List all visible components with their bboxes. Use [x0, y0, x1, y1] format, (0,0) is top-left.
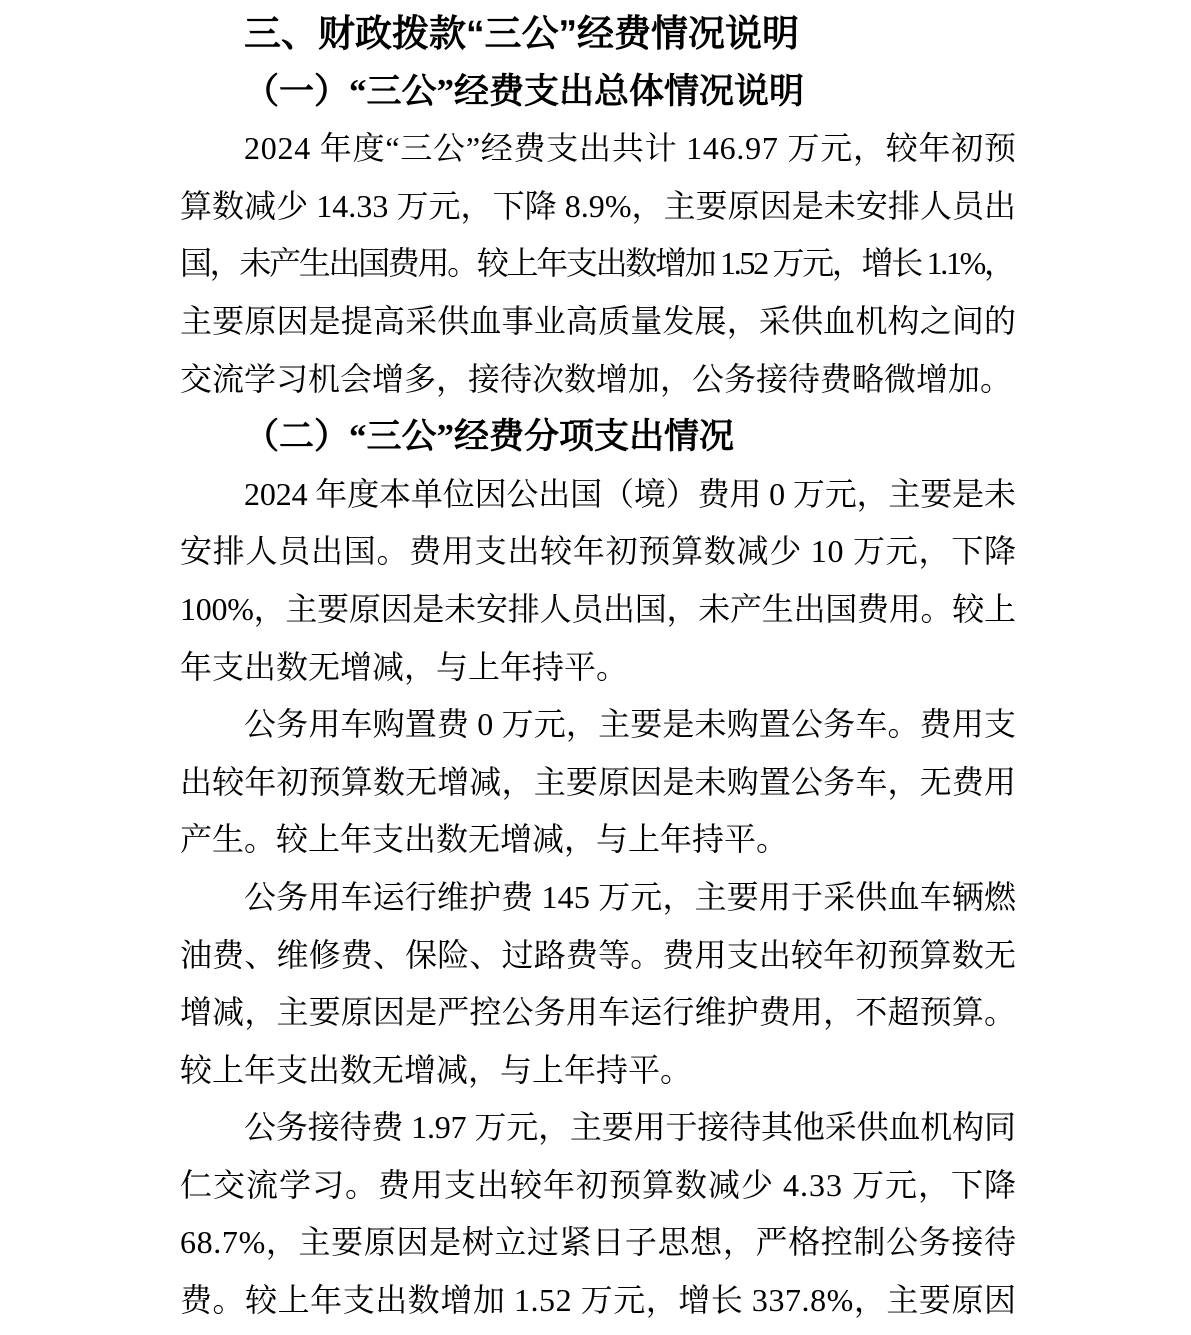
line-text: 增减，主要原因是严控公务用车运行维护费用，不超预算。	[180, 984, 1016, 1042]
line-text: 产生。较上年支出数无增减，与上年持平。	[180, 811, 788, 869]
paragraph-line: 算数减少 14.33 万元，下降 8.9%，主要原因是未安排人员出	[180, 178, 1016, 236]
section-heading-secondary: （二）“三公”经费分项支出情况	[180, 408, 1016, 466]
paragraph-line: 2024 年度“三公”经费支出共计 146.97 万元，较年初预	[180, 120, 1016, 178]
paragraph-line: 国，未产生出国费用。较上年支出数增加 1.52 万元，增长 1.1%，	[180, 235, 1016, 293]
paragraph-line: 主要原因是提高采供血事业高质量发展，采供血机构之间的	[180, 293, 1016, 351]
line-text: 油费、维修费、保险、过路费等。费用支出较年初预算数无	[180, 927, 1016, 985]
heading-text: 三、财政拨款“三公”经费情况说明	[244, 5, 799, 63]
section-heading-secondary: （一）“三公”经费支出总体情况说明	[180, 63, 1016, 121]
line-text: 出较年初预算数无增减，主要原因是未购置公务车，无费用	[180, 754, 1016, 812]
line-text: 主要原因是提高采供血事业高质量发展，采供血机构之间的	[180, 293, 1016, 351]
paragraph-line: 公务用车运行维护费 145 万元，主要用于采供血车辆燃	[180, 869, 1016, 927]
line-text: 公务接待费 1.97 万元，主要用于接待其他采供血机构同	[244, 1099, 1016, 1157]
section-heading-primary: 三、财政拨款“三公”经费情况说明	[180, 5, 1016, 63]
paragraph-line: 较上年支出数无增减，与上年持平。	[180, 1042, 1016, 1100]
line-text: 费。较上年支出数增加 1.52 万元，增长 337.8%，主要原因	[180, 1272, 1017, 1330]
paragraph-line: 产生。较上年支出数无增减，与上年持平。	[180, 811, 1016, 869]
line-text: 2024 年度“三公”经费支出共计 146.97 万元，较年初预	[244, 120, 1017, 178]
paragraph-line: 100%，主要原因是未安排人员出国，未产生出国费用。较上	[180, 581, 1016, 639]
paragraph-line: 油费、维修费、保险、过路费等。费用支出较年初预算数无	[180, 927, 1016, 985]
paragraph-line: 仁交流学习。费用支出较年初预算数减少 4.33 万元，下降	[180, 1157, 1016, 1215]
heading-text: （一）“三公”经费支出总体情况说明	[244, 63, 804, 121]
paragraph-line: 公务接待费 1.97 万元，主要用于接待其他采供血机构同	[180, 1099, 1016, 1157]
paragraph-line: 增减，主要原因是严控公务用车运行维护费用，不超预算。	[180, 984, 1016, 1042]
paragraph-line: 68.7%，主要原因是树立过紧日子思想，严格控制公务接待	[180, 1214, 1016, 1272]
paragraph-line: 交流学习机会增多，接待次数增加，公务接待费略微增加。	[180, 351, 1016, 409]
paragraph-line: 年支出数无增减，与上年持平。	[180, 639, 1016, 697]
line-text: 年支出数无增减，与上年持平。	[180, 639, 628, 697]
document-page: 三、财政拨款“三公”经费情况说明（一）“三公”经费支出总体情况说明2024 年度…	[0, 0, 1191, 1335]
line-text: 100%，主要原因是未安排人员出国，未产生出国费用。较上	[180, 581, 1016, 639]
line-text: 算数减少 14.33 万元，下降 8.9%，主要原因是未安排人员出	[180, 178, 1016, 236]
line-text: 安排人员出国。费用支出较年初预算数减少 10 万元，下降	[180, 523, 1017, 581]
heading-text: （二）“三公”经费分项支出情况	[244, 408, 734, 466]
paragraph-line: 费。较上年支出数增加 1.52 万元，增长 337.8%，主要原因	[180, 1272, 1016, 1330]
line-text: 公务用车购置费 0 万元，主要是未购置公务车。费用支	[244, 696, 1016, 754]
line-text: 2024 年度本单位因公出国（境）费用 0 万元，主要是未	[244, 466, 1016, 524]
paragraph-line: 安排人员出国。费用支出较年初预算数减少 10 万元，下降	[180, 523, 1016, 581]
line-text: 仁交流学习。费用支出较年初预算数减少 4.33 万元，下降	[180, 1157, 1017, 1215]
line-text: 较上年支出数无增减，与上年持平。	[180, 1042, 692, 1100]
paragraph-line: 公务用车购置费 0 万元，主要是未购置公务车。费用支	[180, 696, 1016, 754]
document-text-block: 三、财政拨款“三公”经费情况说明（一）“三公”经费支出总体情况说明2024 年度…	[180, 5, 1016, 1330]
line-text: 68.7%，主要原因是树立过紧日子思想，严格控制公务接待	[180, 1214, 1017, 1272]
line-text: 国，未产生出国费用。较上年支出数增加 1.52 万元，增长 1.1%，	[180, 235, 1014, 293]
paragraph-line: 出较年初预算数无增减，主要原因是未购置公务车，无费用	[180, 754, 1016, 812]
line-text: 交流学习机会增多，接待次数增加，公务接待费略微增加。	[180, 351, 1012, 409]
paragraph-line: 2024 年度本单位因公出国（境）费用 0 万元，主要是未	[180, 466, 1016, 524]
line-text: 公务用车运行维护费 145 万元，主要用于采供血车辆燃	[244, 869, 1016, 927]
